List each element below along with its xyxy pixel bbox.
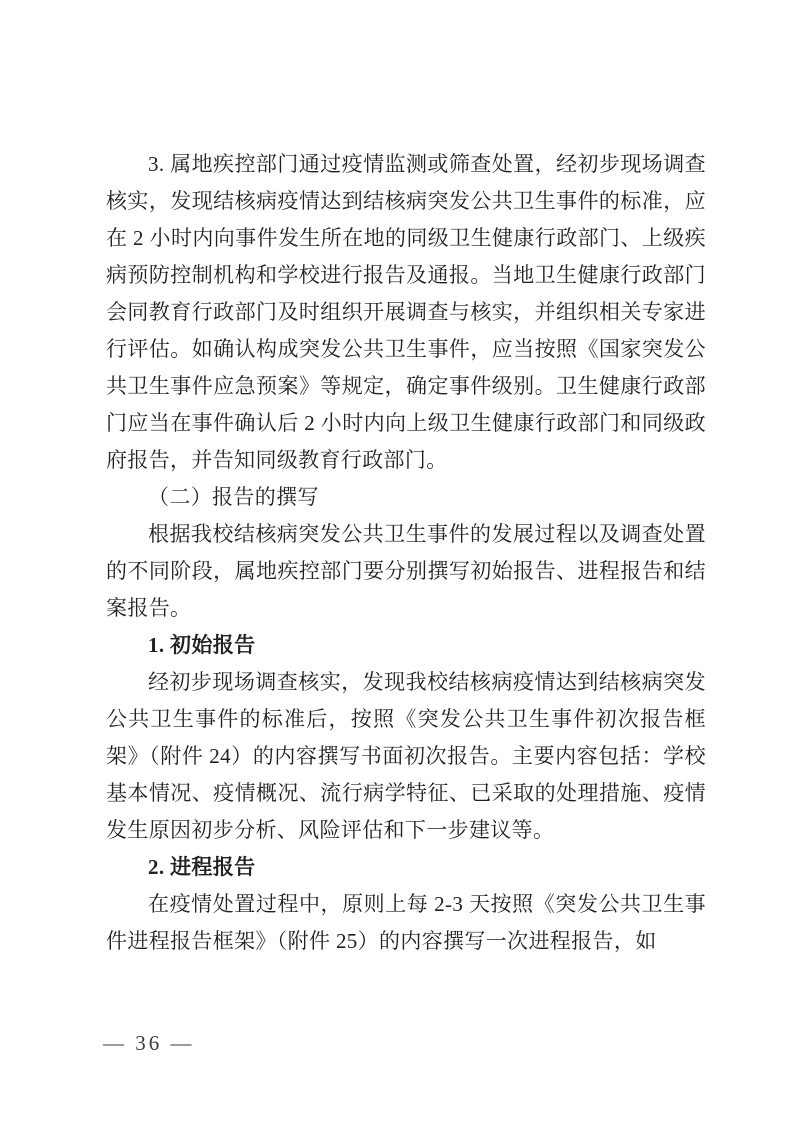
heading-initial-report: 1. 初始报告	[106, 627, 706, 664]
paragraph-report-writing-intro: 根据我校结核病突发公共卫生事件的发展过程以及调查处置的不同阶段，属地疾控部门要分…	[106, 516, 706, 627]
document-page: 3. 属地疾控部门通过疫情监测或筛查处置，经初步现场调查核实，发现结核病疫情达到…	[0, 0, 793, 1122]
paragraph-progress-report: 在疫情处置过程中，原则上每 2-3 天按照《突发公共卫生事件进程报告框架》（附件…	[106, 886, 706, 960]
paragraph-item-3-reporting-procedure: 3. 属地疾控部门通过疫情监测或筛查处置，经初步现场调查核实，发现结核病疫情达到…	[106, 146, 706, 479]
heading-progress-report: 2. 进程报告	[106, 849, 706, 886]
section-heading-report-writing: （二）报告的撰写	[106, 479, 706, 516]
document-body-text: 3. 属地疾控部门通过疫情监测或筛查处置，经初步现场调查核实，发现结核病疫情达到…	[106, 146, 706, 960]
paragraph-initial-report: 经初步现场调查核实，发现我校结核病疫情达到结核病突发公共卫生事件的标准后，按照《…	[106, 664, 706, 849]
page-number: — 36 —	[103, 1031, 195, 1056]
